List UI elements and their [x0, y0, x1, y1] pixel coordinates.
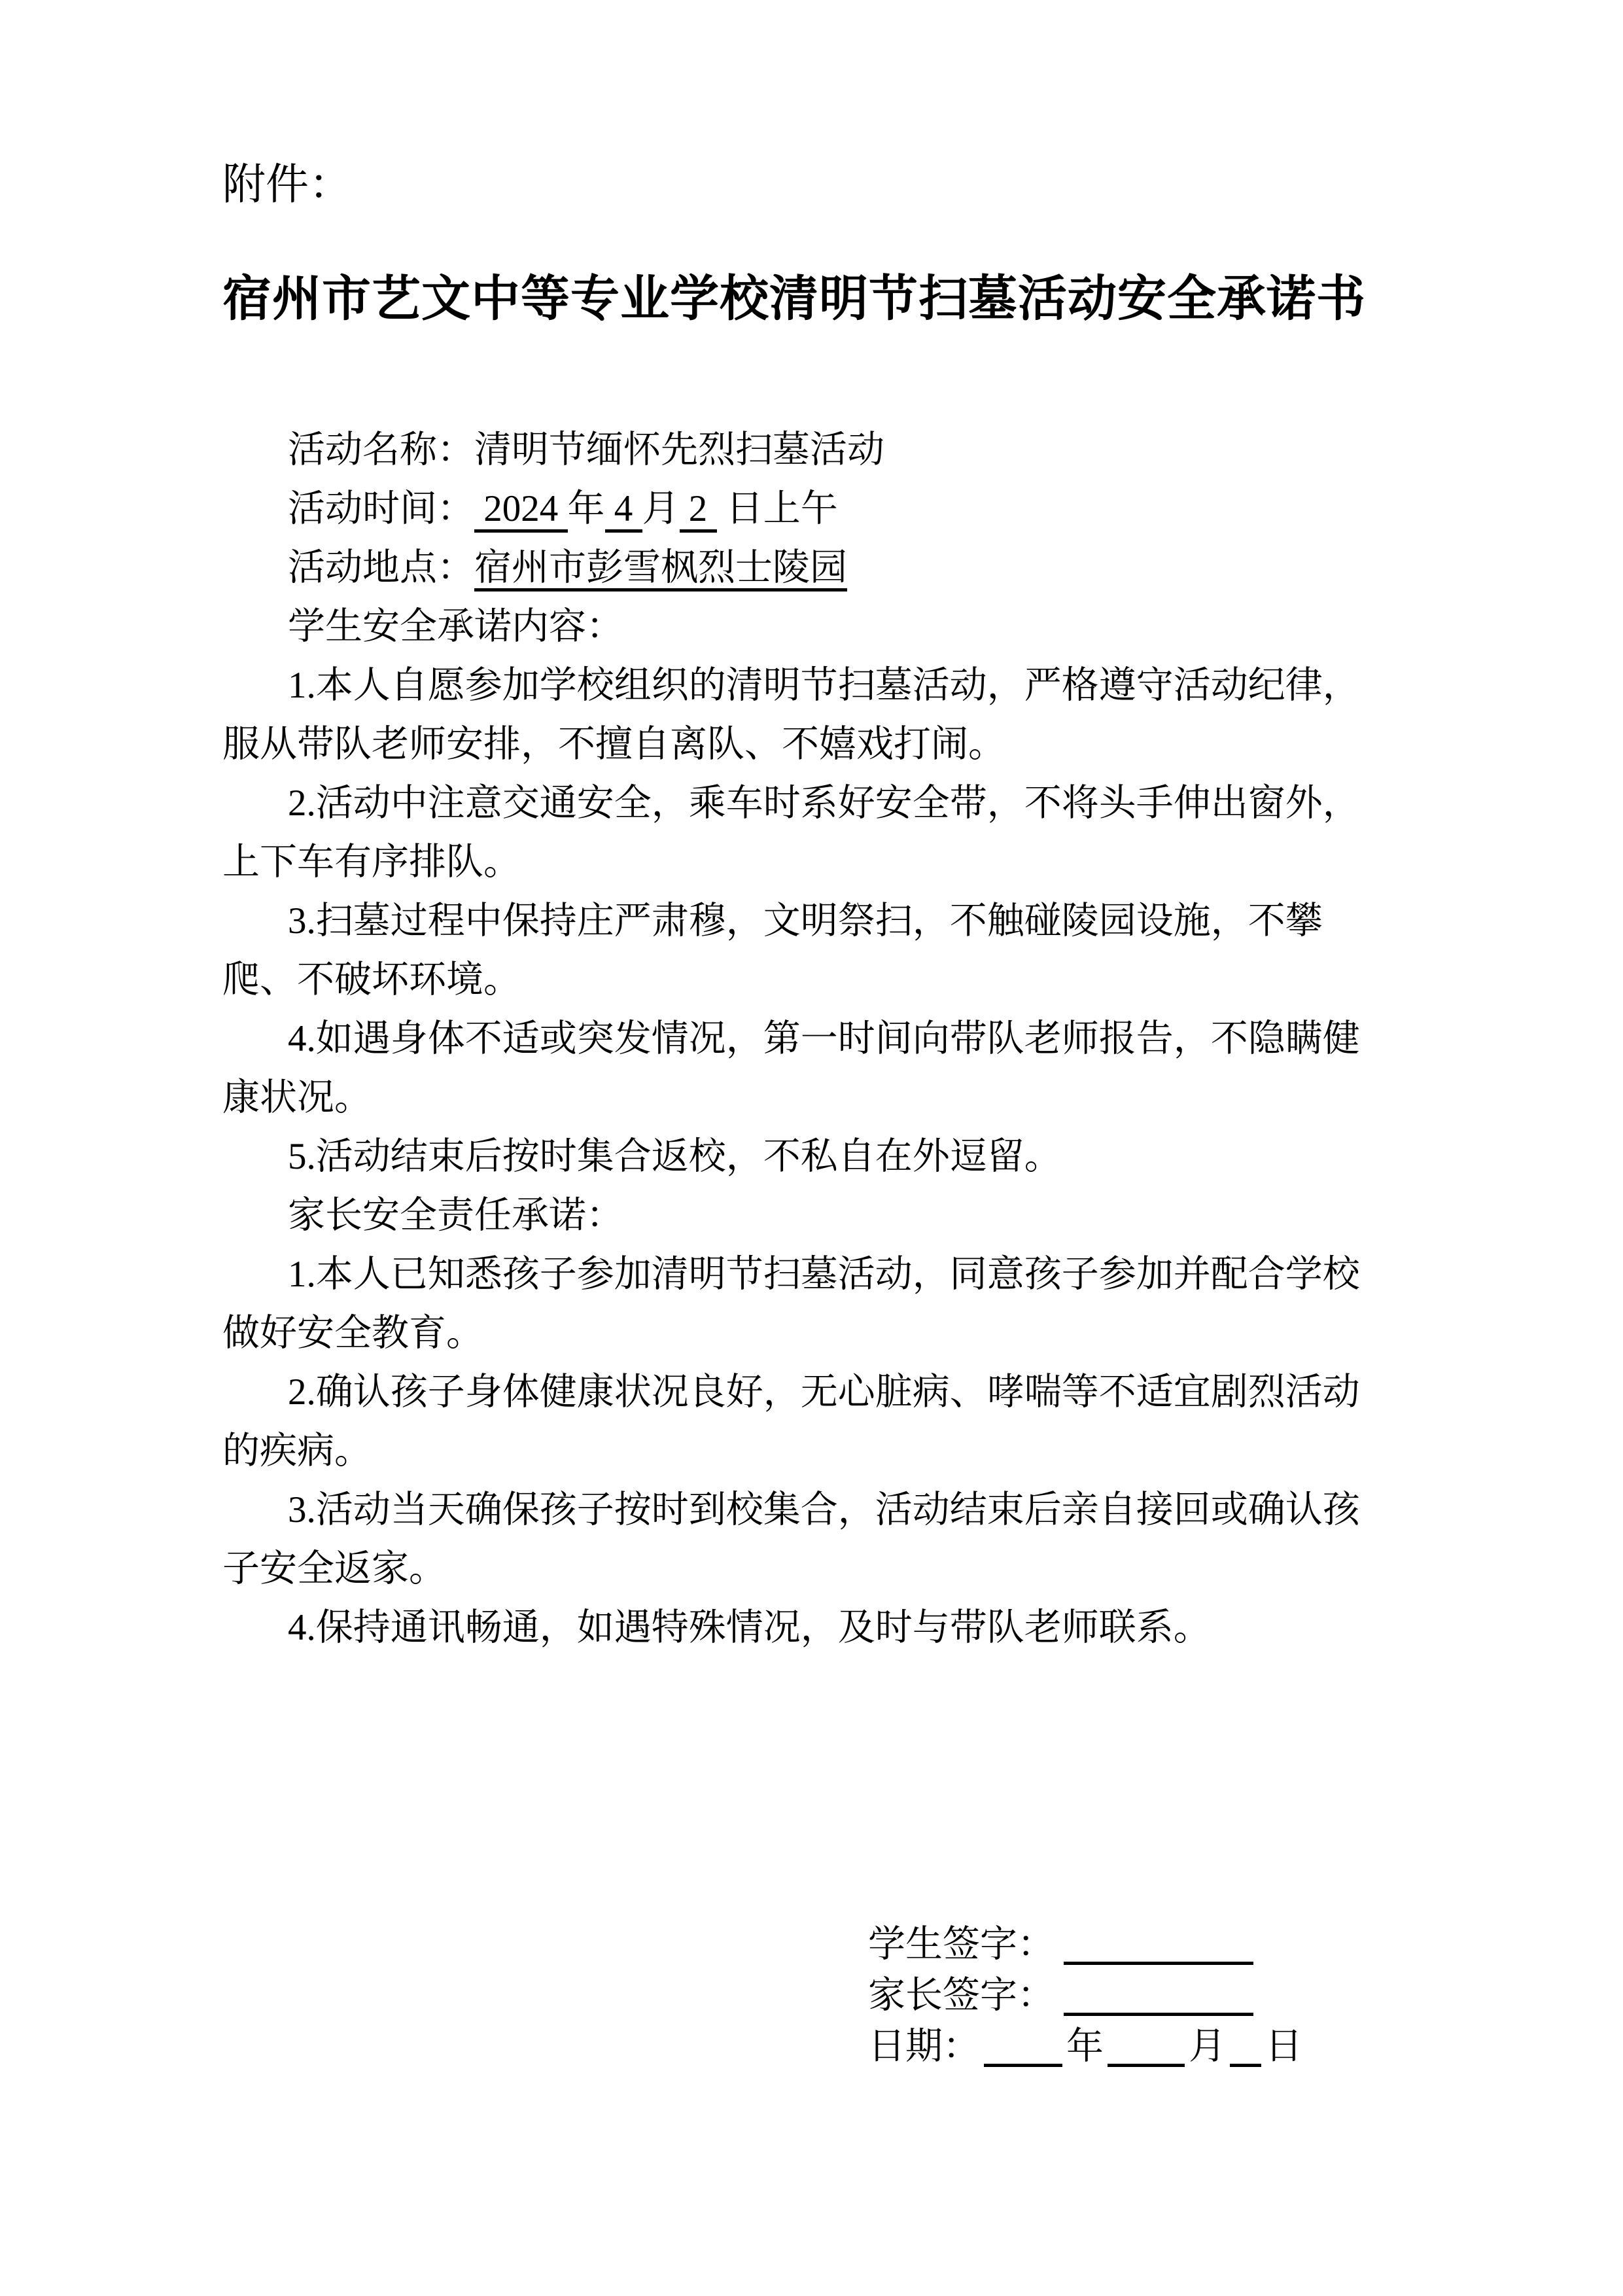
time-text-segment: 月 [642, 488, 680, 529]
document-page: 附件： 宿州市艺文中等专业学校清明节扫墓活动安全承诺书 活动名称：清明节缅怀先烈… [0, 0, 1623, 2296]
student-commitment-item: 4.如遇身体不适或突发情况，第一时间向带队老师报告，不隐瞒健康状况。 [222, 1010, 1393, 1127]
document-body: 活动名称：清明节缅怀先烈扫墓活动 活动时间： 2024 年 4 月 2 日上午 … [222, 421, 1393, 1657]
activity-time-label: 活动时间： [288, 488, 474, 529]
date-row: 日期：年月日 [868, 2021, 1401, 2072]
attachment-label: 附件： [222, 157, 1401, 213]
activity-name-value: 清明节缅怀先烈扫墓活动 [474, 429, 884, 470]
time-filled-blank: 2 [680, 488, 717, 533]
student-section-heading: 学生安全承诺内容： [222, 597, 1393, 656]
student-signature-label: 学生签字： [868, 1924, 1055, 1965]
parent-commitment-list: 1.本人已知悉孩子参加清明节扫墓活动，同意孩子参加并配合学校做好安全教育。2.确… [222, 1245, 1393, 1657]
activity-time-value: 2024 年 4 月 2 日上午 [474, 488, 838, 533]
student-commitment-item: 1.本人自愿参加学校组织的清明节扫墓活动，严格遵守活动纪律，服从带队老师安排，不… [222, 656, 1393, 774]
parent-signature-row: 家长签字： [868, 1970, 1401, 2021]
date-day-label: 日 [1265, 2026, 1302, 2067]
parent-commitment-item: 2.确认孩子身体健康状况良好，无心脏病、哮喘等不适宜剧烈活动的疾病。 [222, 1363, 1393, 1481]
signature-block: 学生签字： 家长签字： 日期：年月日 [868, 1919, 1401, 2072]
student-commitment-item: 3.扫墓过程中保持庄严肃穆，文明祭扫，不触碰陵园设施，不攀爬、不破坏环境。 [222, 892, 1393, 1010]
student-commitment-item: 2.活动中注意交通安全，乘车时系好安全带，不将头手伸出窗外，上下车有序排队。 [222, 774, 1393, 892]
time-filled-blank: 4 [605, 488, 642, 533]
student-commitment-item: 5.活动结束后按时集合返校，不私自在外逗留。 [222, 1127, 1393, 1186]
parent-signature-label: 家长签字： [868, 1975, 1055, 2016]
parent-commitment-item: 3.活动当天确保孩子按时到校集合，活动结束后亲自接回或确认孩子安全返家。 [222, 1481, 1393, 1598]
parent-signature-blank-line [1064, 1980, 1253, 2016]
activity-location-value: 宿州市彭雪枫烈士陵园 [474, 547, 847, 592]
student-signature-blank-line [1064, 1929, 1253, 1965]
activity-location-label: 活动地点： [288, 547, 474, 588]
date-month-blank-line [1108, 2031, 1185, 2067]
date-year-label: 年 [1066, 2026, 1104, 2067]
student-signature-row: 学生签字： [868, 1919, 1401, 1970]
time-text-segment: 日上午 [717, 488, 838, 529]
student-commitment-list: 1.本人自愿参加学校组织的清明节扫墓活动，严格遵守活动纪律，服从带队老师安排，不… [222, 656, 1393, 1186]
time-filled-blank: 2024 [474, 488, 568, 533]
date-year-blank-line [984, 2031, 1062, 2067]
parent-commitment-item: 4.保持通讯畅通，如遇特殊情况，及时与带队老师联系。 [222, 1598, 1393, 1657]
date-label: 日期： [868, 2026, 980, 2067]
document-title: 宿州市艺文中等专业学校清明节扫墓活动安全承诺书 [222, 267, 1401, 332]
parent-section-heading: 家长安全责任承诺： [222, 1186, 1393, 1245]
activity-time-line: 活动时间： 2024 年 4 月 2 日上午 [222, 480, 1393, 539]
parent-commitment-item: 1.本人已知悉孩子参加清明节扫墓活动，同意孩子参加并配合学校做好安全教育。 [222, 1245, 1393, 1363]
date-month-label: 月 [1189, 2026, 1226, 2067]
activity-location-line: 活动地点：宿州市彭雪枫烈士陵园 [222, 539, 1393, 597]
activity-name-line: 活动名称：清明节缅怀先烈扫墓活动 [222, 421, 1393, 480]
date-day-blank-line [1230, 2031, 1261, 2067]
activity-name-label: 活动名称： [288, 429, 474, 470]
time-text-segment: 年 [568, 488, 605, 529]
